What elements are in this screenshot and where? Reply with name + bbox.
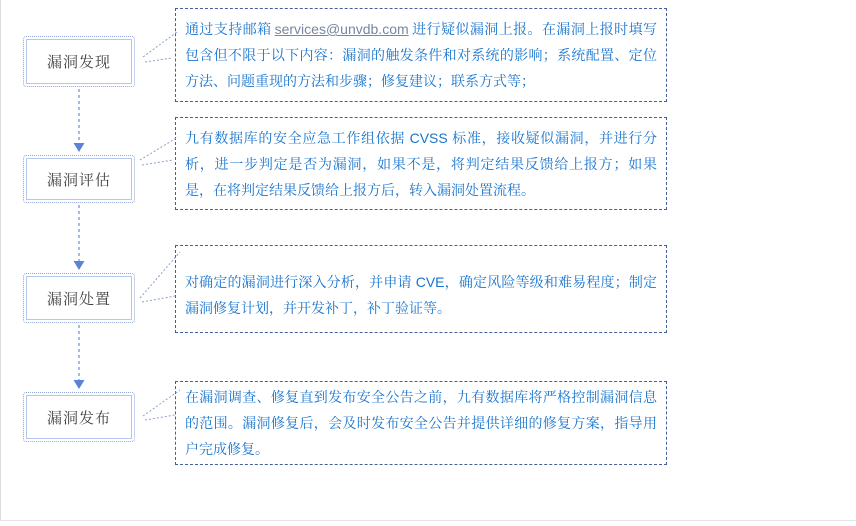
callout-text-before-email: 通过支持邮箱 — [185, 21, 272, 37]
callout-note: 九有数据库的安全应急工作组依据 CVSS 标准，接收疑似漏洞，并进行分析，进一步… — [185, 125, 657, 203]
callout-note: 对确定的漏洞进行深入分析，并申请 CVE，确定风险等级和难易程度；制定漏洞修复计… — [185, 257, 657, 321]
callout-release: 在漏洞调查、修复直到发布安全公告之前，九有数据库将严格控制漏洞信息的范围。漏洞修… — [175, 381, 667, 465]
callout-assessment: 九有数据库的安全应急工作组依据 CVSS 标准，接收疑似漏洞，并进行分析，进一步… — [175, 117, 667, 210]
flow-step-label: 漏洞发布 — [47, 407, 111, 428]
flow-step-label: 漏洞发现 — [47, 51, 111, 72]
callout-discovery: 通过支持邮箱services@unvdb.com进行疑似漏洞上报。在漏洞上报时填… — [175, 8, 667, 102]
flow-arrow-down-2 — [69, 205, 89, 271]
callout-handling: 对确定的漏洞进行深入分析，并申请 CVE，确定风险等级和难易程度；制定漏洞修复计… — [175, 245, 667, 333]
callout-note: 通过支持邮箱services@unvdb.com进行疑似漏洞上报。在漏洞上报时填… — [185, 16, 657, 94]
callout-note: 在漏洞调查、修复直到发布安全公告之前，九有数据库将严格控制漏洞信息的范围。漏洞修… — [185, 384, 657, 462]
callout-tail-release — [135, 386, 181, 422]
support-email-link[interactable]: services@unvdb.com — [272, 21, 412, 37]
flow-step-label: 漏洞处置 — [47, 288, 111, 309]
page-frame-bottom-border — [0, 520, 856, 521]
flow-step-box-release: 漏洞发布 — [23, 392, 135, 442]
flow-step-box-discovery: 漏洞发现 — [23, 36, 135, 87]
callout-tail-discovery — [135, 28, 181, 68]
flow-step-box-handling: 漏洞处置 — [23, 273, 135, 323]
flow-arrow-down-3 — [69, 325, 89, 390]
flow-arrow-down-1 — [69, 89, 89, 153]
flow-step-box-assessment: 漏洞评估 — [23, 155, 135, 203]
callout-tail-handling — [135, 250, 181, 306]
callout-tail-assessment — [135, 133, 181, 169]
flow-step-label: 漏洞评估 — [47, 169, 111, 190]
vulnerability-process-flowchart: 漏洞发现 通过支持邮箱services@unvdb.com进行疑似漏洞上报。在漏… — [0, 0, 856, 526]
page-frame-left-border — [0, 0, 1, 520]
